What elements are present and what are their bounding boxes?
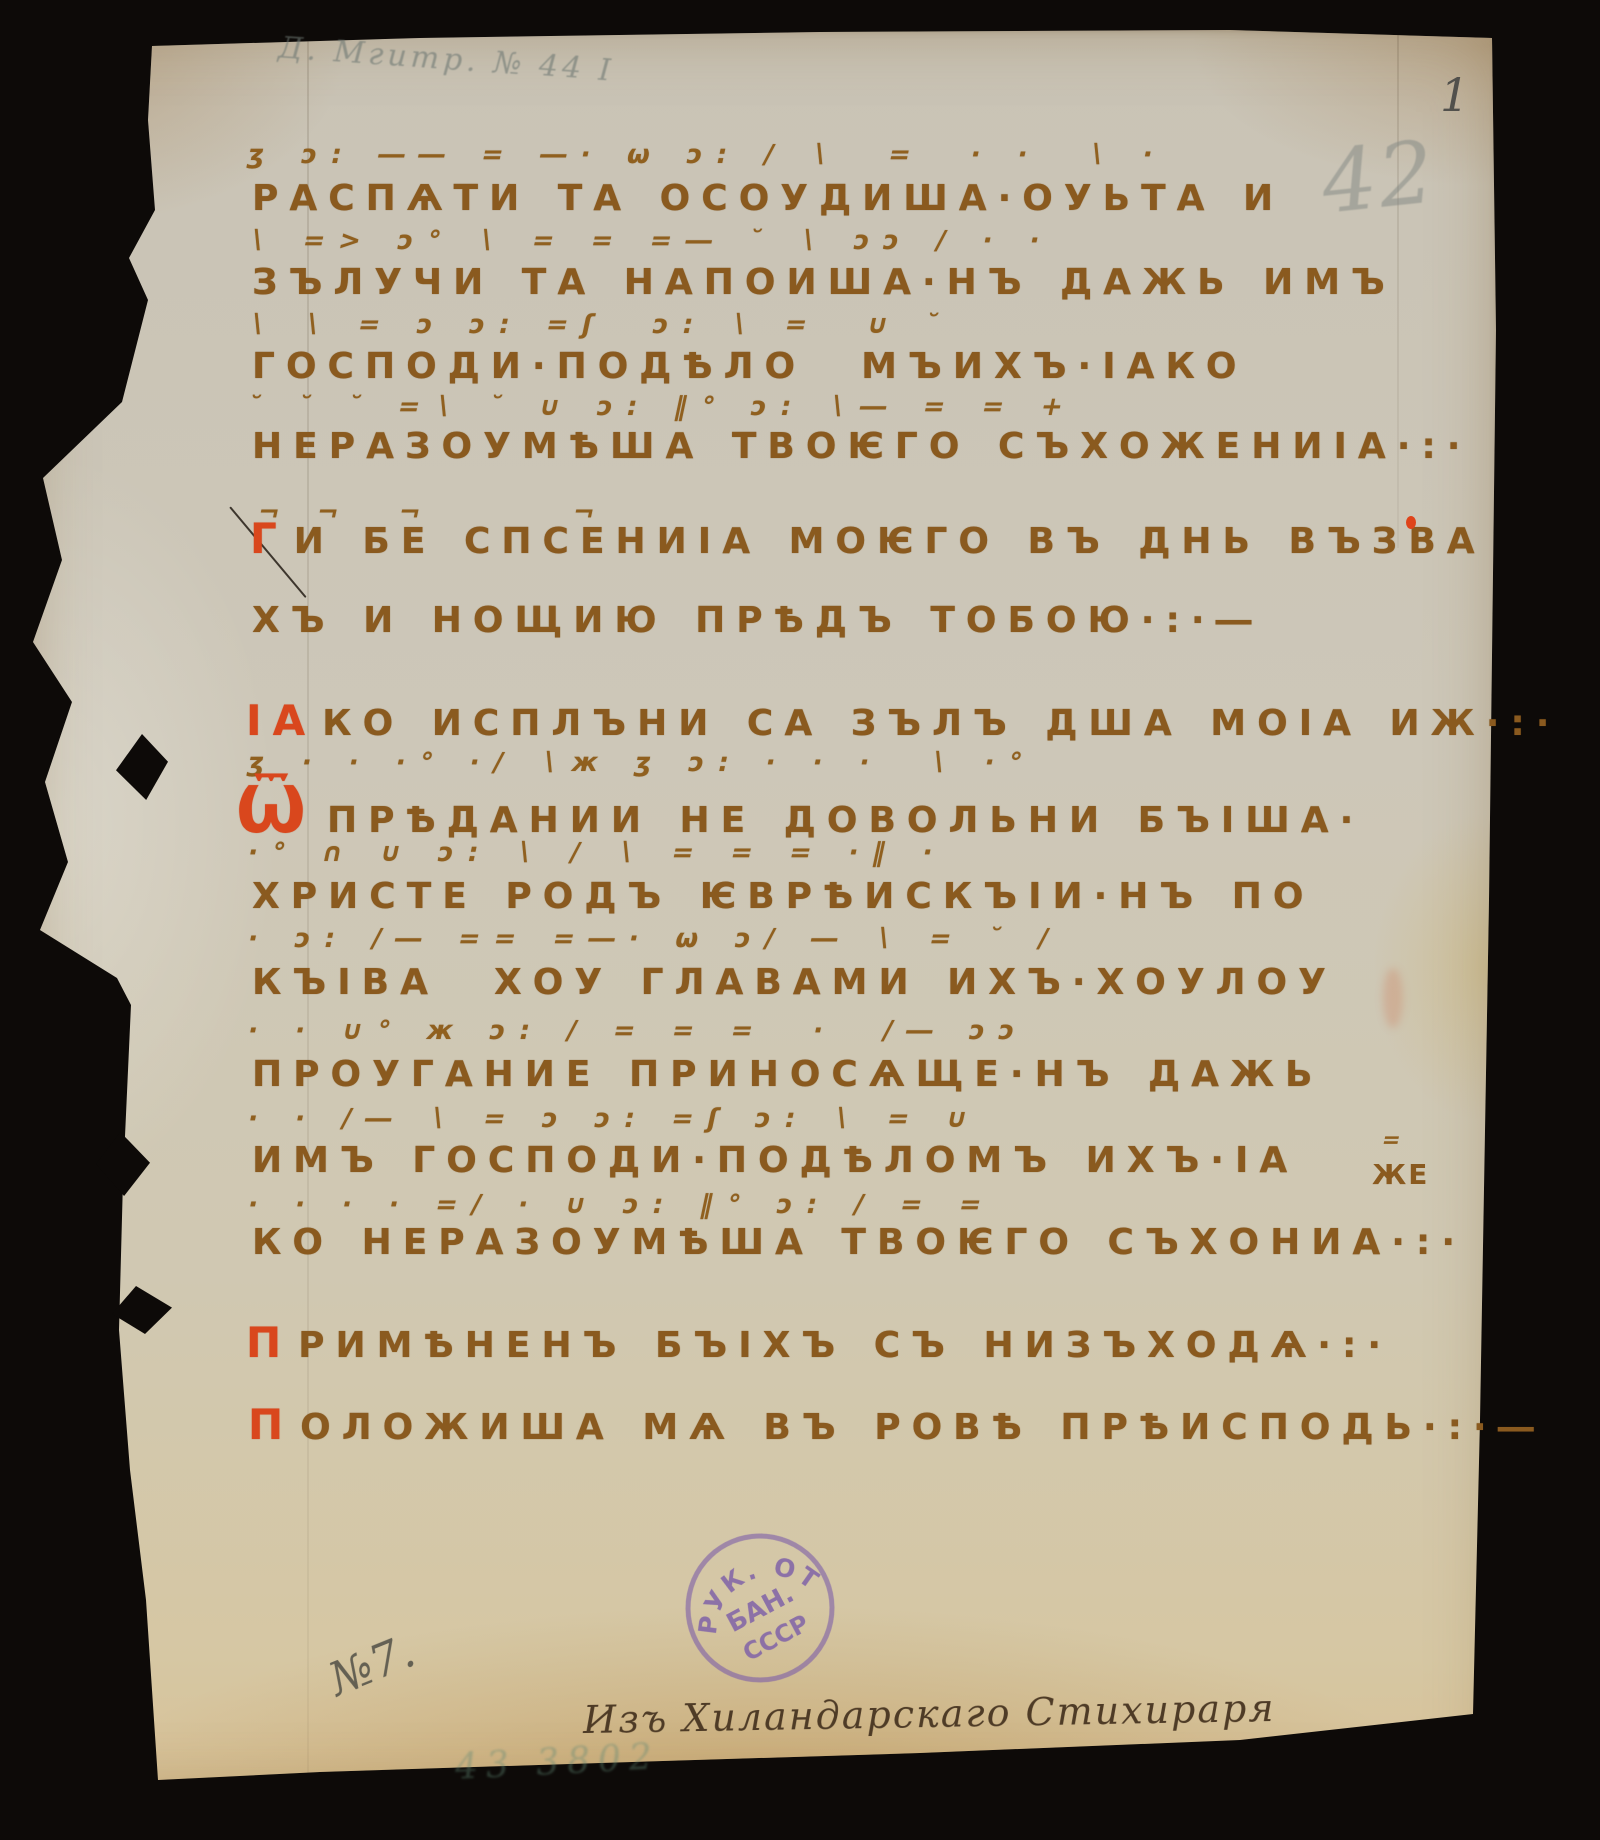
- rubric-initial-omega: Ѿ: [236, 786, 317, 837]
- neume-row-2: ∖ => ɔ° ∖ = = =― ˘ ∖ ɔɔ ∕ · ·: [245, 226, 1057, 256]
- text-line-15: П ОЛОЖИША МѦ ВЪ РОВѢ ПРѢИСПОДЬ·:·―: [248, 1400, 1545, 1449]
- pencil-leaf-number: 42: [1317, 122, 1440, 233]
- text-line-6: ХЪ И НОЩИЮ ПРѢДЪ ТОБОЮ·:·―: [252, 600, 1263, 641]
- neume-row-9: ·° ∩ ∪ ɔ: ∖ ∕ ∖ = = = ·‖ ·: [245, 838, 950, 868]
- text-line-14: П РИМѢНЕНЪ БЪІХЪ СЪ НИЗЪХОДѦ·:·: [246, 1318, 1392, 1367]
- red-stain: [1383, 968, 1403, 1028]
- neume-row-11: · · ∪° ж ɔ: ∕ = = = · ∕― ɔɔ: [245, 1016, 1032, 1046]
- neume-row-10: · ɔ: ∕― == =―· ω ɔ∕ ― ∖ = ˘ ∕: [245, 924, 1065, 954]
- line-text: РИМѢНЕНЪ БЪІХЪ СЪ НИЗЪХОДѦ·:·: [298, 1325, 1392, 1366]
- text-line-7: ІА КО ИСПЛЪНИ СА ЗЪЛЪ ДША МОІА ИЖ·:·: [246, 696, 1560, 745]
- rubric-initial: Г: [250, 514, 288, 563]
- photo-stage: Д. Мгитр. № 44 I 1 42 ʒ ɔ: ―― = ―· ω ɔ: …: [0, 0, 1600, 1840]
- text-line-13: КО НЕРАЗОУМѢША ТВОѤГО СЪХОНИА·:·: [252, 1222, 1466, 1263]
- line-text: ПРѢДАНИИ НЕ ДОВОЛЬНИ БЪІША·: [327, 800, 1364, 841]
- text-line-1: РАСПѦТИ ТА ОСОУДИША·ОУЬТА И: [252, 178, 1284, 219]
- text-line-8: Ѿ ПРѢДАНИИ НЕ ДОВОЛЬНИ БЪІША·: [236, 786, 1364, 841]
- rubric-dot: [1406, 516, 1416, 529]
- line-text: ОЛОЖИША МѦ ВЪ РОВѢ ПРѢИСПОДЬ·:·―: [300, 1407, 1545, 1448]
- neume-row-3: ∖ ∖ = ɔ ɔ: =ʃ ɔ: ∖ = ∪ ˘: [245, 310, 956, 340]
- rubric-initial: ІА: [246, 696, 316, 745]
- line-text: КЪІВА ХОУ ГЛАВАМИ ИХЪ·ХОУЛОУ: [252, 962, 1337, 1003]
- neume-row-4: ˘ ˘ ˘ =∖ ˘ ∪ ɔ: ‖° ɔ: ∖― = = +: [245, 392, 1080, 422]
- line-text: НЕРАЗОУМѢША ТВОѤГО СЪХОЖЕНИІА·:·: [252, 426, 1471, 467]
- text-line-10: КЪІВА ХОУ ГЛАВАМИ ИХЪ·ХОУЛОУ: [252, 962, 1337, 1003]
- rubric-initial: П: [246, 1318, 292, 1367]
- text-line-4: НЕРАЗОУМѢША ТВОѤГО СЪХОЖЕНИІА·:·: [252, 426, 1471, 467]
- margin-note-zhe: ЖЕ: [1372, 1158, 1429, 1191]
- rubric-initial: П: [248, 1400, 294, 1449]
- line-text: ГОСПОДИ·ПОДѢЛО МЪИХЪ·ІАКО: [252, 346, 1248, 387]
- line-text: КО НЕРАЗОУМѢША ТВОѤГО СЪХОНИА·:·: [252, 1222, 1466, 1263]
- text-line-9: ХРИСТЕ РОДЪ ѤВРѢИСКЪІИ·НЪ ПО: [252, 876, 1315, 917]
- text-line-5: Г И БЕ СПСЕНИІА МОѤГО ВЪ ДНЬ ВЪЗВА: [250, 514, 1486, 563]
- text-line-11: ПРОУГАНИЕ ПРИНОСѦЩЕ·НЪ ДАЖЬ: [252, 1054, 1323, 1095]
- neume-row-1: ʒ ɔ: ―― = ―· ω ɔ: ∕ ∖ = · · ∖ ·: [245, 140, 1170, 170]
- neume-row-13: · · · · =∕ · ∪ ɔ: ‖° ɔ: ∕ = =: [245, 1190, 998, 1220]
- text-line-2: ЗЪЛУЧИ ТА НАПОИША·НЪ ДАЖЬ ИМЪ: [252, 262, 1396, 303]
- line-text: ЗЪЛУЧИ ТА НАПОИША·НЪ ДАЖЬ ИМЪ: [252, 262, 1396, 303]
- text-line-12: ИМЪ ГОСПОДИ·ПОДѢЛОМЪ ИХЪ·ІА: [252, 1140, 1298, 1181]
- neume-row-12: · · ∕― ∖ = ɔ ɔ: =ʃ ɔ: ∖ = ∪: [245, 1104, 985, 1134]
- neume-row-8: ʒ · · ·° ·∕ ∖ж ʒ ɔ: · · · ∖ ·°: [245, 748, 1039, 778]
- line-text: ХЪ И НОЩИЮ ПРѢДЪ ТОБОЮ·:·―: [252, 600, 1263, 641]
- line-text: И БЕ СПСЕНИІА МОѤГО ВЪ ДНЬ ВЪЗВА: [294, 521, 1486, 562]
- line-text: ПРОУГАНИЕ ПРИНОСѦЩЕ·НЪ ДАЖЬ: [252, 1054, 1323, 1095]
- line-text: ИМЪ ГОСПОДИ·ПОДѢЛОМЪ ИХЪ·ІА: [252, 1140, 1298, 1181]
- vertical-crease-right: [1397, 28, 1399, 548]
- line-text: ХРИСТЕ РОДЪ ѤВРѢИСКЪІИ·НЪ ПО: [252, 876, 1315, 917]
- text-line-3: ГОСПОДИ·ПОДѢЛО МЪИХЪ·ІАКО: [252, 346, 1248, 387]
- line-text: КО ИСПЛЪНИ СА ЗЪЛЪ ДША МОІА ИЖ·:·: [322, 703, 1560, 744]
- line-text: РАСПѦТИ ТА ОСОУДИША·ОУЬТА И: [252, 178, 1284, 219]
- pencil-folio-number: 1: [1440, 68, 1469, 122]
